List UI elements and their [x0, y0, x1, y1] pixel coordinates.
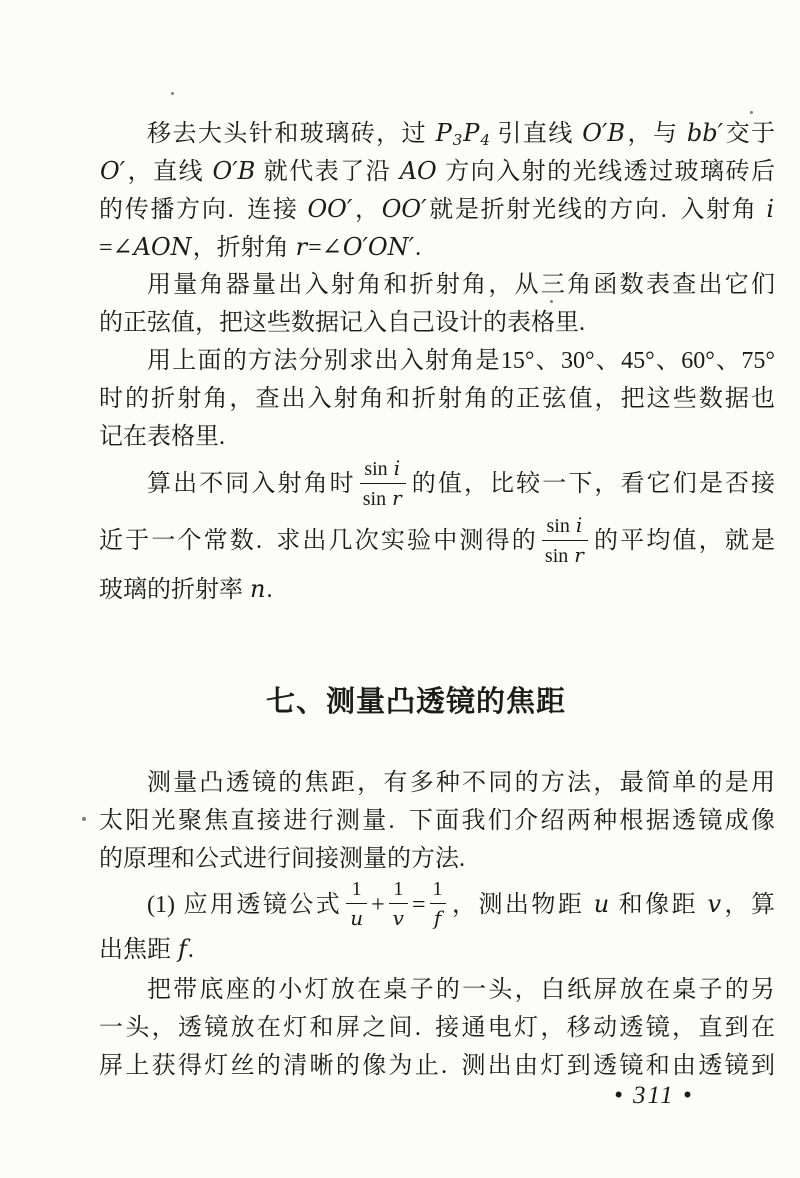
book-page: 移去大头针和玻璃砖，过 P3P4 引直线 O′B，与 bb′交于O′，直线 O′…: [0, 0, 800, 1178]
para-lamp: 把带底座的小灯放在桌子的一头，白纸屏放在桌子的另一头，透镜放在灯和屏之间. 接通…: [99, 971, 775, 1085]
text-line: 把带底座的小灯放在桌子的一头，白纸屏放在桌子的另: [99, 971, 775, 1009]
text-line: 的原理和公式进行间接测量的方法.: [99, 840, 775, 878]
para-sine-ratio: 算出不同入射角时sin isin r的值，比较一下，看它们是否接近于一个常数. …: [99, 456, 775, 608]
fraction: sin isin r: [542, 515, 588, 566]
text-line: 的传播方向. 连接 OO′，OO′就是折射光线的方向. 入射角 i: [99, 190, 775, 228]
fraction: 1f: [430, 879, 446, 929]
para-protractor: 用量角器量出入射角和折射角，从三角函数表查出它们的正弦值，把这些数据记入自己设计…: [99, 266, 775, 342]
page-number: • 311 •: [614, 1082, 694, 1110]
para-remove-pins: 移去大头针和玻璃砖，过 P3P4 引直线 O′B，与 bb′交于O′，直线 O′…: [99, 114, 775, 266]
page-content: 移去大头针和玻璃砖，过 P3P4 引直线 O′B，与 bb′交于O′，直线 O′…: [99, 114, 775, 1085]
text-line: 用量角器量出入射角和折射角，从三角函数表查出它们: [99, 266, 775, 304]
text-line: 的正弦值，把这些数据记入自己设计的表格里.: [99, 304, 775, 342]
text-line: 一头，透镜放在灯和屏之间. 接通电灯，移动透镜，直到在: [99, 1009, 775, 1047]
fraction: 1v: [389, 879, 408, 929]
text-line: 记在表格里.: [99, 418, 775, 456]
text-line: =∠AON，折射角 r=∠O′ON′.: [99, 228, 775, 266]
scan-speck: [171, 92, 174, 95]
text-line: 用上面的方法分别求出入射角是15°、30°、45°、60°、75°: [99, 342, 775, 380]
text-line: 玻璃的折射率 n.: [99, 570, 775, 608]
para-lens-formula: (1) 应用透镜公式1u+1v=1f，测出物距 u 和像距 v，算出焦距 f.: [99, 878, 775, 968]
text-line: 近于一个常数. 求出几次实验中测得的sin isin r的平均值，就是: [99, 513, 775, 570]
text-line: 太阳光聚焦直接进行测量. 下面我们介绍两种根据透镜成像: [99, 802, 775, 840]
text-line: (1) 应用透镜公式1u+1v=1f，测出物距 u 和像距 v，算: [99, 878, 775, 930]
fraction: sin isin r: [360, 458, 406, 509]
text-line: 时的折射角，查出入射角和折射角的正弦值，把这些数据也: [99, 380, 775, 418]
scan-speck: [82, 817, 86, 821]
fraction: 1u: [346, 879, 367, 929]
scan-speck: [750, 111, 753, 114]
text-line: 算出不同入射角时sin isin r的值，比较一下，看它们是否接: [99, 456, 775, 513]
text-line: 出焦距 f.: [99, 930, 775, 968]
para-intro-focal: 测量凸透镜的焦距，有多种不同的方法，最简单的是用太阳光聚焦直接进行测量. 下面我…: [99, 764, 775, 878]
para-angles-15-75: 用上面的方法分别求出入射角是15°、30°、45°、60°、75°时的折射角，查…: [99, 342, 775, 456]
text-line: O′，直线 O′B 就代表了沿 AO 方向入射的光线透过玻璃砖后: [99, 152, 775, 190]
text-line: 屏上获得灯丝的清晰的像为止. 测出由灯到透镜和由透镜到: [99, 1047, 775, 1085]
text-line: 测量凸透镜的焦距，有多种不同的方法，最简单的是用: [99, 764, 775, 802]
text-line: 移去大头针和玻璃砖，过 P3P4 引直线 O′B，与 bb′交于: [99, 114, 775, 152]
section-heading: 七、测量凸透镜的焦距: [99, 680, 775, 724]
scan-speck: [550, 300, 553, 303]
